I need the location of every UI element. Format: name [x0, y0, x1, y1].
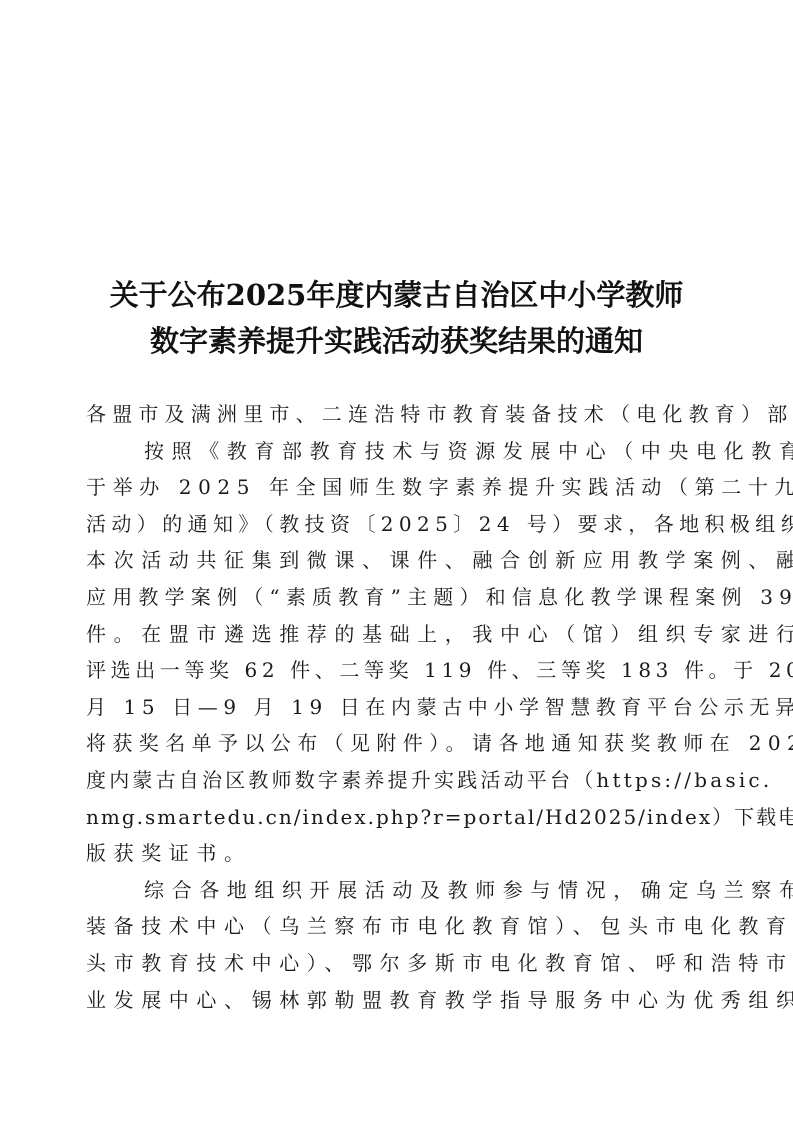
paragraph-line: 业发展中心、锡林郭勒盟教育教学指导服务中心为优秀组织单位。: [86, 982, 698, 1019]
paragraph-line: 头市教育技术中心）、鄂尔多斯市电化教育馆、呼和浩特市教育事: [86, 945, 698, 982]
paragraph-line: 应用教学案例（“素质教育”主题）和信息化教学课程案例 3995: [86, 579, 698, 616]
paragraph-line: 版获奖证书。: [86, 835, 698, 872]
document-title-line-2: 数字素养提升实践活动获奖结果的通知: [0, 319, 793, 360]
download-link-line[interactable]: nmg.smartedu.cn/index.php?r=portal/Hd202…: [86, 799, 698, 836]
paragraph-line: 装备技术中心（乌兰察布市电化教育馆）、包头市电化教育馆（包: [86, 908, 698, 945]
document-title-line-1: 关于公布2025年度内蒙古自治区中小学教师: [0, 273, 793, 314]
document-body: 各盟市及满洲里市、二连浩特市教育装备技术（电化教育）部门: 按照《教育部教育技术…: [86, 396, 698, 1018]
paragraph-line: 件。在盟市遴选推荐的基础上，我中心（馆）组织专家进行了评审，: [86, 616, 698, 653]
salutation: 各盟市及满洲里市、二连浩特市教育装备技术（电化教育）部门:: [86, 396, 698, 433]
paragraph-line: 月 15 日—9 月 19 日在内蒙古中小学智慧教育平台公示无异议，现: [86, 689, 698, 726]
paragraph-line: 活动）的通知》（教技资〔2025〕24 号）要求，各地积极组织参与，: [86, 506, 698, 543]
paragraph-line: 本次活动共征集到微课、课件、融合创新应用教学案例、融合创新: [86, 542, 698, 579]
paragraph-line: 评选出一等奖 62 件、二等奖 119 件、三等奖 183 件。于 2025 年…: [86, 652, 698, 689]
paragraph-line: 于举办 2025 年全国师生数字素养提升实践活动（第二十九届教师: [86, 469, 698, 506]
paragraph-line: 按照《教育部教育技术与资源发展中心（中央电化教育馆）关: [86, 433, 698, 470]
paragraph-2: 综合各地组织开展活动及教师参与情况，确定乌兰察布市教育 装备技术中心（乌兰察布市…: [86, 872, 698, 1018]
paragraph-line: 度内蒙古自治区教师数字素养提升实践活动平台（https://basic.: [86, 762, 698, 799]
paragraph-line: 综合各地组织开展活动及教师参与情况，确定乌兰察布市教育: [86, 872, 698, 909]
paragraph-1: 按照《教育部教育技术与资源发展中心（中央电化教育馆）关 于举办 2025 年全国…: [86, 433, 698, 872]
paragraph-line: 将获奖名单予以公布（见附件）。请各地通知获奖教师在 2025 年: [86, 725, 698, 762]
document-page: 关于公布2025年度内蒙古自治区中小学教师 数字素养提升实践活动获奖结果的通知 …: [0, 0, 793, 1122]
